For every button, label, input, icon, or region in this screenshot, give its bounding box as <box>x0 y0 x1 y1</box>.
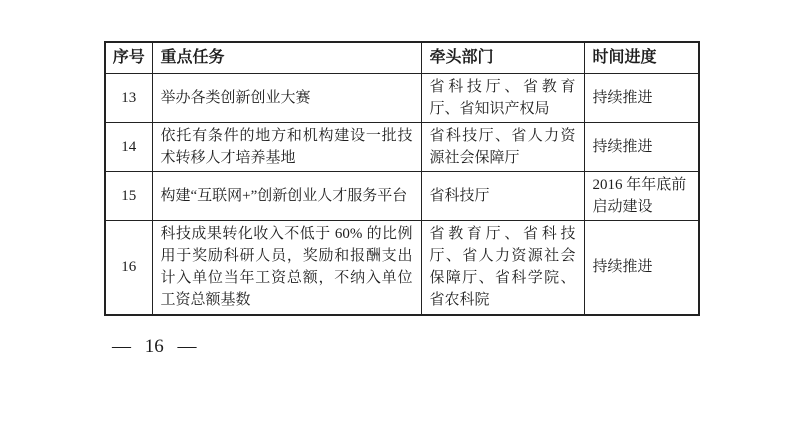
row-number-cell: 14 <box>105 122 152 171</box>
column-header-department: 牵头部门 <box>421 42 584 73</box>
page-number: — 16 — <box>112 336 197 358</box>
row-number-cell: 13 <box>105 73 152 122</box>
department-cell: 省教育厅、省科技厅、省人力资源社会保障厅、省科学院、省农科院 <box>421 220 584 315</box>
table-row: 16 科技成果转化收入不低于 60% 的比例用于奖励科研人员，奖励和报酬支出计入… <box>105 220 699 315</box>
column-header-schedule: 时间进度 <box>584 42 699 73</box>
task-cell: 构建“互联网+”创新创业人才服务平台 <box>152 171 421 220</box>
table-header-row: 序号 重点任务 牵头部门 时间进度 <box>105 42 699 73</box>
column-header-seq: 序号 <box>105 42 152 73</box>
department-cell: 省科技厅、省教育厅、省知识产权局 <box>421 73 584 122</box>
key-tasks-table-container: 序号 重点任务 牵头部门 时间进度 13 举办各类创新创业大赛 省科技厅、省教育… <box>104 41 700 316</box>
task-cell: 举办各类创新创业大赛 <box>152 73 421 122</box>
department-cell: 省科技厅、省人力资源社会保障厅 <box>421 122 584 171</box>
key-tasks-table: 序号 重点任务 牵头部门 时间进度 13 举办各类创新创业大赛 省科技厅、省教育… <box>104 41 700 316</box>
schedule-cell: 持续推进 <box>584 73 699 122</box>
task-cell: 科技成果转化收入不低于 60% 的比例用于奖励科研人员，奖励和报酬支出计入单位当… <box>152 220 421 315</box>
schedule-cell: 持续推进 <box>584 122 699 171</box>
task-cell: 依托有条件的地方和机构建设一批技术转移人才培养基地 <box>152 122 421 171</box>
column-header-task: 重点任务 <box>152 42 421 73</box>
schedule-cell: 持续推进 <box>584 220 699 315</box>
department-cell: 省科技厅 <box>421 171 584 220</box>
row-number-cell: 16 <box>105 220 152 315</box>
row-number-cell: 15 <box>105 171 152 220</box>
document-page: 序号 重点任务 牵头部门 时间进度 13 举办各类创新创业大赛 省科技厅、省教育… <box>0 0 800 436</box>
table-row: 15 构建“互联网+”创新创业人才服务平台 省科技厅 2016 年年底前启动建设 <box>105 171 699 220</box>
table-row: 14 依托有条件的地方和机构建设一批技术转移人才培养基地 省科技厅、省人力资源社… <box>105 122 699 171</box>
table-row: 13 举办各类创新创业大赛 省科技厅、省教育厅、省知识产权局 持续推进 <box>105 73 699 122</box>
schedule-cell: 2016 年年底前启动建设 <box>584 171 699 220</box>
